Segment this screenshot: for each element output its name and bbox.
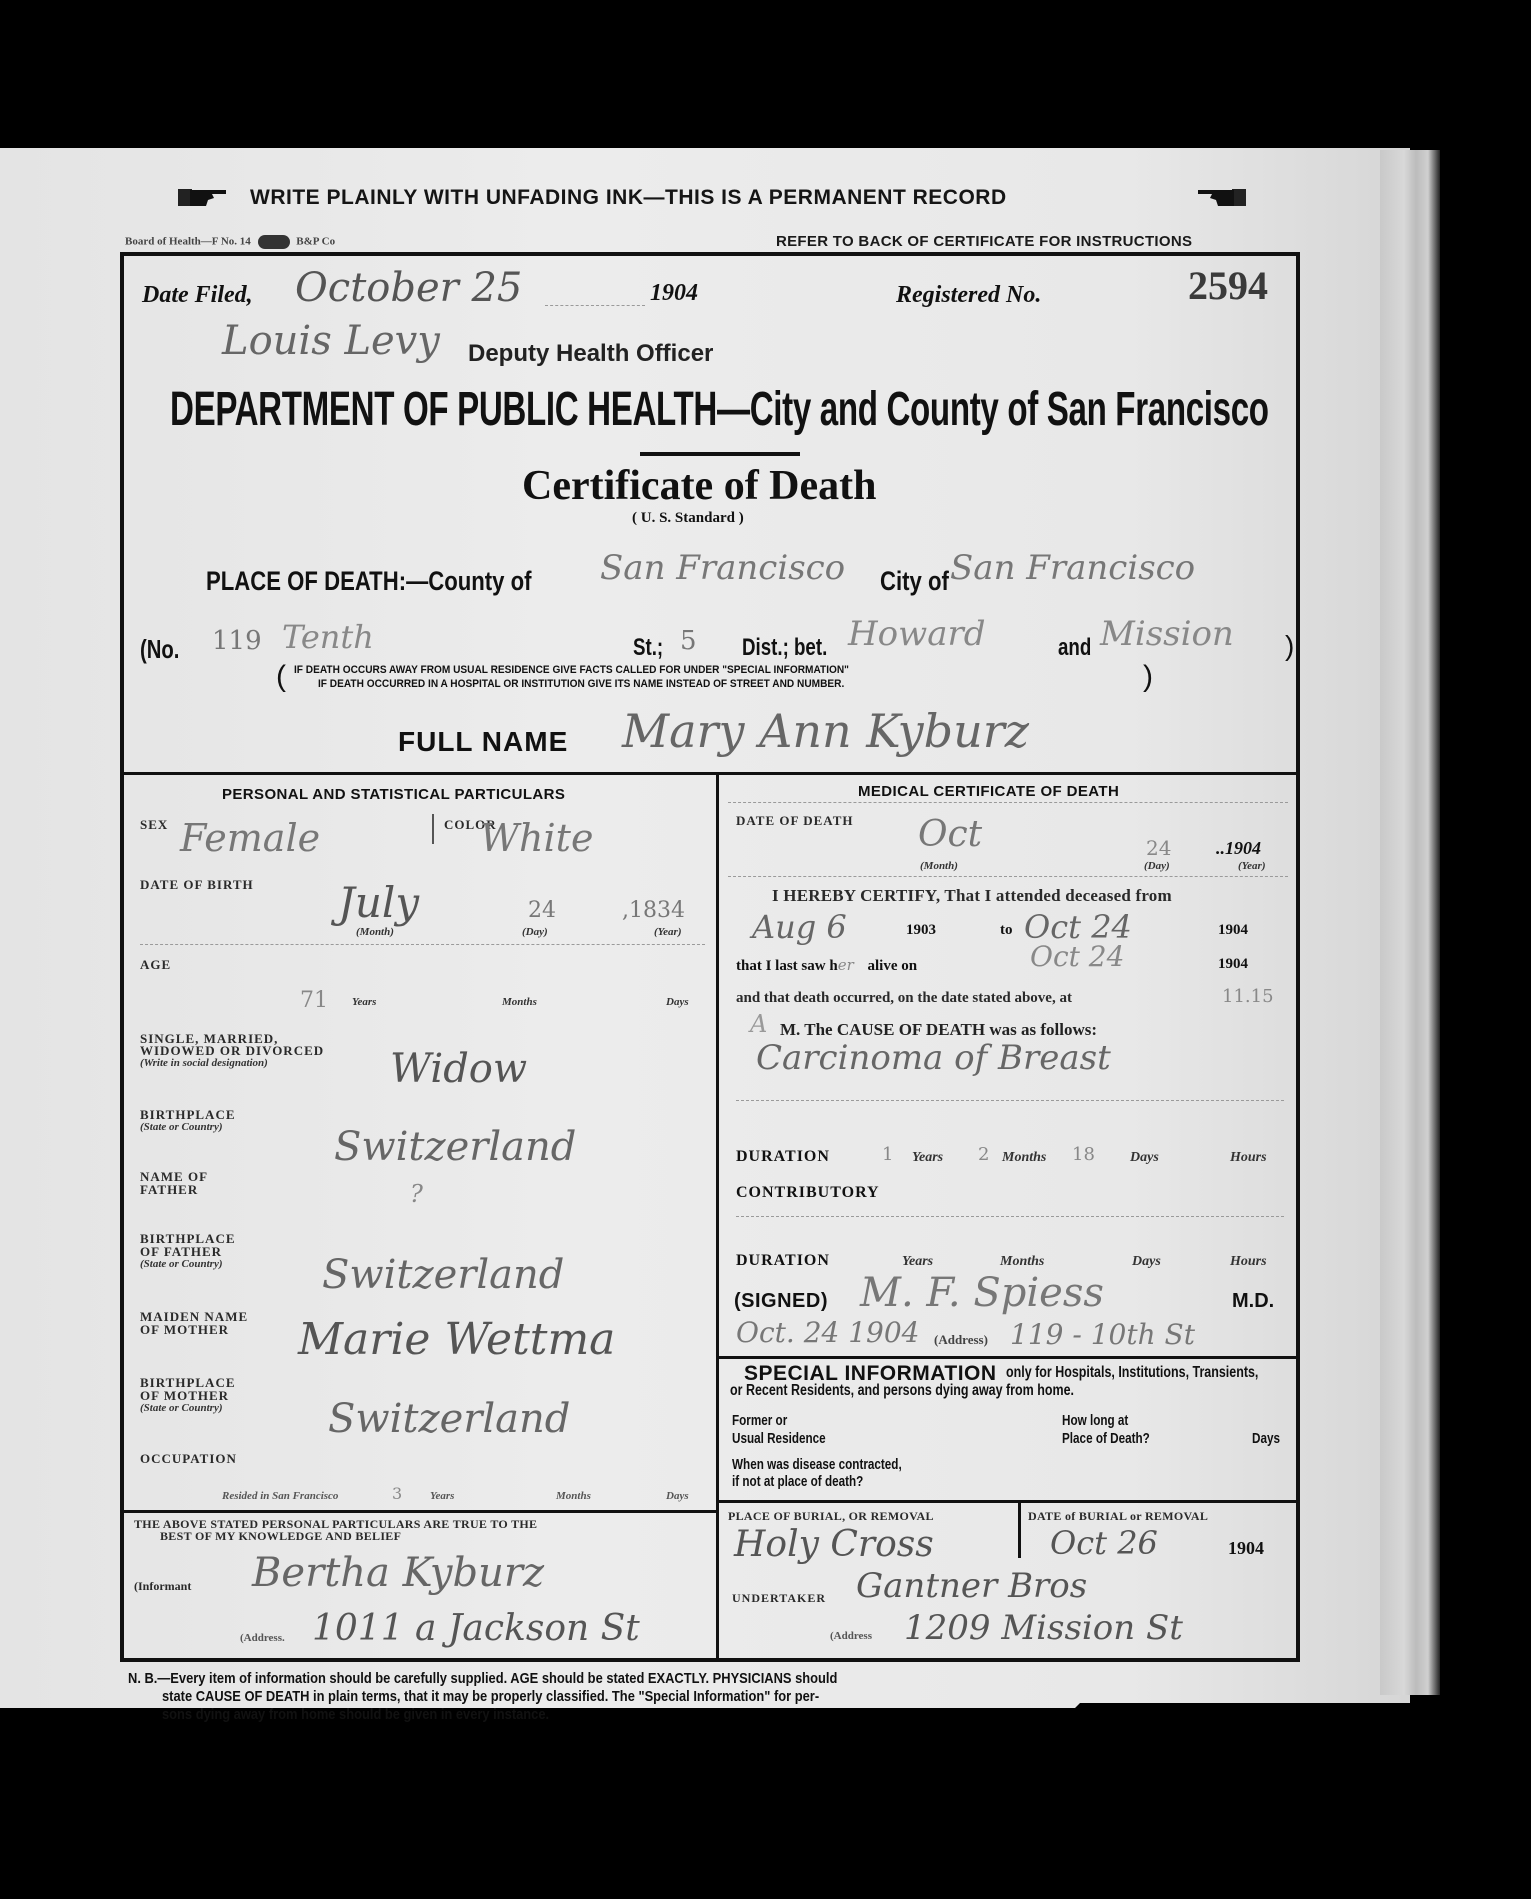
dod-day-label: (Day) [1144, 860, 1170, 872]
frame-bottom [120, 1658, 1300, 1662]
resided-days-label: Days [666, 1490, 689, 1502]
city-value: San Francisco [950, 548, 1195, 588]
pointing-hand-left-icon [1196, 186, 1246, 208]
frame-top [120, 252, 1300, 256]
instructions-note: REFER TO BACK OF CERTIFICATE FOR INSTRUC… [776, 233, 1192, 250]
undertaker-address: 1209 Mission St [904, 1608, 1183, 1648]
dod-day: 24 [1146, 836, 1171, 860]
contributory-label: CONTRIBUTORY [736, 1184, 880, 1202]
nb-note-line-2: state CAUSE OF DEATH in plain terms, tha… [162, 1688, 819, 1705]
printer-seal-icon [258, 235, 290, 249]
alive-on-text: alive on [868, 958, 918, 974]
informant-divider [124, 1510, 716, 1513]
close-paren: ) [1285, 630, 1294, 662]
undertaker-label: UNDERTAKER [732, 1592, 826, 1605]
father-birthplace-value: Switzerland [322, 1252, 564, 1298]
sex-value: Female [180, 816, 320, 860]
full-name-value: Mary Ann Kyburz [622, 704, 1029, 758]
dod-line [728, 876, 1288, 877]
medical-title-line [728, 802, 1288, 803]
dod-year: ..1904 [1216, 838, 1261, 859]
personal-section-title: PERSONAL AND STATISTICAL PARTICULARS [222, 786, 565, 803]
main-divider [124, 772, 1296, 775]
physician-address-label: (Address) [934, 1332, 988, 1348]
department-title: DEPARTMENT OF PUBLIC HEALTH—City and Cou… [170, 382, 1269, 437]
duration-months-label: Months [1002, 1150, 1046, 1166]
dod-month: Oct [918, 814, 982, 855]
district-number: 5 [680, 626, 697, 656]
last-saw-label: that I last saw her alive on [736, 956, 917, 975]
color-value: White [480, 816, 593, 860]
md-label: M.D. [1232, 1290, 1274, 1313]
cause-line-1 [736, 1100, 1284, 1101]
duration-months: 2 [978, 1144, 989, 1165]
mother-birthplace-label-3: (State or Country) [140, 1402, 223, 1414]
father-name-label-2: FATHER [140, 1183, 198, 1196]
informant-address-label: (Address. [240, 1632, 285, 1645]
nb-note-line-1: N. B.—Every item of information should b… [128, 1670, 837, 1687]
burial-divider [719, 1500, 1296, 1503]
column-divider [716, 772, 719, 1660]
pointing-hand-right-icon [178, 186, 228, 208]
street-name: Tenth [282, 618, 374, 656]
cause-value: Carcinoma of Breast [756, 1038, 1111, 1078]
age-label: AGE [140, 958, 171, 971]
frame-right [1296, 252, 1300, 1662]
undertaker-address-label: (Address [830, 1630, 872, 1643]
resided-years: 3 [392, 1484, 402, 1503]
duration-days: 18 [1072, 1144, 1095, 1165]
form-number-text: Board of Health—F No. 14 [125, 236, 251, 248]
duration2-days-label: Days [1132, 1254, 1161, 1270]
duration-hours-label: Hours [1230, 1150, 1267, 1166]
duration2-years-label: Years [902, 1254, 933, 1270]
how-long-label-1: How long at [1062, 1412, 1128, 1429]
occupation-label: OCCUPATION [140, 1452, 237, 1465]
cause-label: M. The CAUSE OF DEATH was as follows: [780, 1020, 1097, 1040]
special-divider [719, 1356, 1296, 1359]
officer-signature: Louis Levy [222, 318, 440, 364]
nb-label: N. B.— [128, 1670, 170, 1687]
informant-name: Bertha Kyburz [252, 1550, 544, 1596]
date-filed-year: 1904 [650, 280, 698, 307]
mother-name-label-2: OF MOTHER [140, 1323, 229, 1336]
dob-month: July [338, 878, 419, 927]
birthplace-sublabel: (State or Country) [140, 1121, 223, 1133]
age-months-label: Months [502, 996, 537, 1008]
to-label: to [1000, 922, 1013, 939]
frame-left [120, 252, 124, 1662]
contracted-label-1: When was disease contracted, [732, 1456, 902, 1473]
street-no-label: (No. [140, 634, 179, 665]
dob-day: 24 [528, 898, 556, 923]
county-value: San Francisco [600, 548, 845, 588]
mother-name-value: Marie Wettma [298, 1314, 615, 1365]
last-saw-text: that I last saw h [736, 958, 838, 974]
duration2-label: DURATION [736, 1252, 830, 1270]
dob-label: DATE OF BIRTH [140, 878, 254, 891]
duration2-hours-label: Hours [1230, 1254, 1267, 1270]
dob-year-label: (Year) [654, 926, 682, 938]
medical-section-title: MEDICAL CERTIFICATE OF DEATH [858, 783, 1119, 800]
residence-note-open-paren: ( [276, 660, 286, 694]
age-days-label: Days [666, 996, 689, 1008]
duration-days-label: Days [1130, 1150, 1159, 1166]
marital-label-3: (Write in social designation) [140, 1057, 268, 1069]
residence-note-close-paren: ) [1143, 660, 1153, 694]
resided-label: Resided in San Francisco [222, 1490, 338, 1502]
street-label: St.; [633, 634, 663, 662]
between-street-1: Howard [848, 614, 986, 654]
date-filed-line [545, 305, 645, 306]
registered-no-label: Registered No. [896, 282, 1041, 309]
and-label: and [1058, 634, 1091, 662]
us-standard: ( U. S. Standard ) [632, 510, 744, 527]
resided-years-label: Years [430, 1490, 454, 1502]
registered-number: 2594 [1188, 262, 1268, 309]
burial-date: Oct 26 [1050, 1524, 1158, 1562]
burial-date-label: DATE of BURIAL or REMOVAL [1028, 1510, 1208, 1523]
sex-label: SEX [140, 818, 168, 831]
banner-text: WRITE PLAINLY WITH UNFADING INK—THIS IS … [250, 186, 1007, 210]
last-saw-date: Oct 24 [1030, 940, 1124, 973]
burial-place: Holy Cross [734, 1524, 934, 1565]
death-ampm: A [750, 1010, 767, 1038]
dob-line [140, 944, 705, 945]
dod-year-label: (Year) [1238, 860, 1266, 872]
death-time: 11.15 [1222, 986, 1274, 1007]
father-name-value: ? [410, 1180, 423, 1208]
attended-from-year: 1903 [906, 922, 936, 939]
district-between-label: Dist.; bet. [742, 634, 827, 662]
printer-name: B&P Co [296, 236, 335, 248]
informant-statement-2: BEST OF MY KNOWLEDGE AND BELIEF [160, 1530, 401, 1543]
undertaker-name: Gantner Bros [856, 1566, 1087, 1606]
special-subtitle: only for Hospitals, Institutions, Transi… [1006, 1364, 1258, 1382]
duration-years-label: Years [912, 1150, 943, 1166]
form-number: Board of Health—F No. 14 B&P Co [125, 235, 335, 249]
page-edge-binding [1380, 150, 1440, 1695]
burial-column-divider [1018, 1500, 1021, 1558]
how-long-label-2: Place of Death? [1062, 1430, 1150, 1447]
title-divider [640, 452, 800, 456]
color-divider [432, 814, 434, 844]
nb-note-line-3: sons dying away from home should be give… [162, 1706, 549, 1723]
resided-months-label: Months [556, 1490, 591, 1502]
dod-label: DATE OF DEATH [736, 814, 854, 827]
date-filed-label: Date Filed, [142, 282, 253, 309]
duration-label: DURATION [736, 1148, 830, 1166]
birthplace-value: Switzerland [334, 1124, 576, 1170]
last-saw-year: 1904 [1218, 956, 1248, 973]
street-number: 119 [212, 626, 262, 656]
attended-to-year: 1904 [1218, 922, 1248, 939]
burial-year: 1904 [1228, 1538, 1264, 1559]
residence-note-line-1: IF DEATH OCCURS AWAY FROM USUAL RESIDENC… [294, 664, 849, 676]
between-street-2: Mission [1100, 614, 1234, 654]
informant-address: 1011 a Jackson St [312, 1608, 640, 1649]
former-residence-label-1: Former or [732, 1412, 787, 1429]
marital-label-2: WIDOWED OR DIVORCED [140, 1044, 324, 1057]
dod-month-label: (Month) [920, 860, 958, 872]
duration-years: 1 [882, 1144, 893, 1165]
signed-label: (SIGNED) [734, 1290, 828, 1313]
former-residence-label-2: Usual Residence [732, 1430, 826, 1447]
nb-text-1: Every item of information should be care… [170, 1670, 837, 1687]
informant-label: (Informant [134, 1580, 191, 1593]
dob-month-label: (Month) [356, 926, 394, 938]
dob-year: ,1834 [622, 898, 685, 923]
last-saw-pronoun: er [838, 956, 854, 974]
full-name-label: FULL NAME [398, 726, 568, 758]
contributory-line [736, 1216, 1284, 1217]
attended-from: Aug 6 [752, 908, 847, 946]
mother-birthplace-label-2: OF MOTHER [140, 1389, 229, 1402]
father-birthplace-label-3: (State or Country) [140, 1258, 223, 1270]
mother-birthplace-value: Switzerland [328, 1396, 570, 1442]
special-subtitle-2: or Recent Residents, and persons dying a… [730, 1382, 1074, 1400]
contracted-label-2: if not at place of death? [732, 1473, 863, 1490]
age-years: 71 [300, 988, 328, 1013]
occurred-text: and that death occurred, on the date sta… [736, 990, 1072, 1007]
physician-address: 119 - 10th St [1010, 1318, 1195, 1351]
certificate-title: Certificate of Death [522, 462, 877, 510]
birthplace-label: BIRTHPLACE [140, 1108, 236, 1121]
how-long-days-label: Days [1252, 1430, 1280, 1447]
physician-signature: M. F. Spiess [860, 1270, 1104, 1316]
age-years-label: Years [352, 996, 376, 1008]
duration2-months-label: Months [1000, 1254, 1044, 1270]
father-birthplace-label-2: OF FATHER [140, 1245, 222, 1258]
date-filed-value: October 25 [295, 265, 522, 311]
burial-place-label: PLACE OF BURIAL, OR REMOVAL [728, 1510, 934, 1523]
signed-date: Oct. 24 1904 [736, 1316, 919, 1349]
place-of-death-label: PLACE OF DEATH:—County of [206, 566, 532, 597]
officer-title: Deputy Health Officer [468, 340, 713, 368]
city-label: City of [880, 566, 949, 597]
dob-day-label: (Day) [522, 926, 548, 938]
certify-text: I HEREBY CERTIFY, That I attended deceas… [772, 886, 1172, 906]
residence-note-line-2: IF DEATH OCCURRED IN A HOSPITAL OR INSTI… [318, 678, 844, 690]
marital-value: Widow [390, 1046, 527, 1092]
